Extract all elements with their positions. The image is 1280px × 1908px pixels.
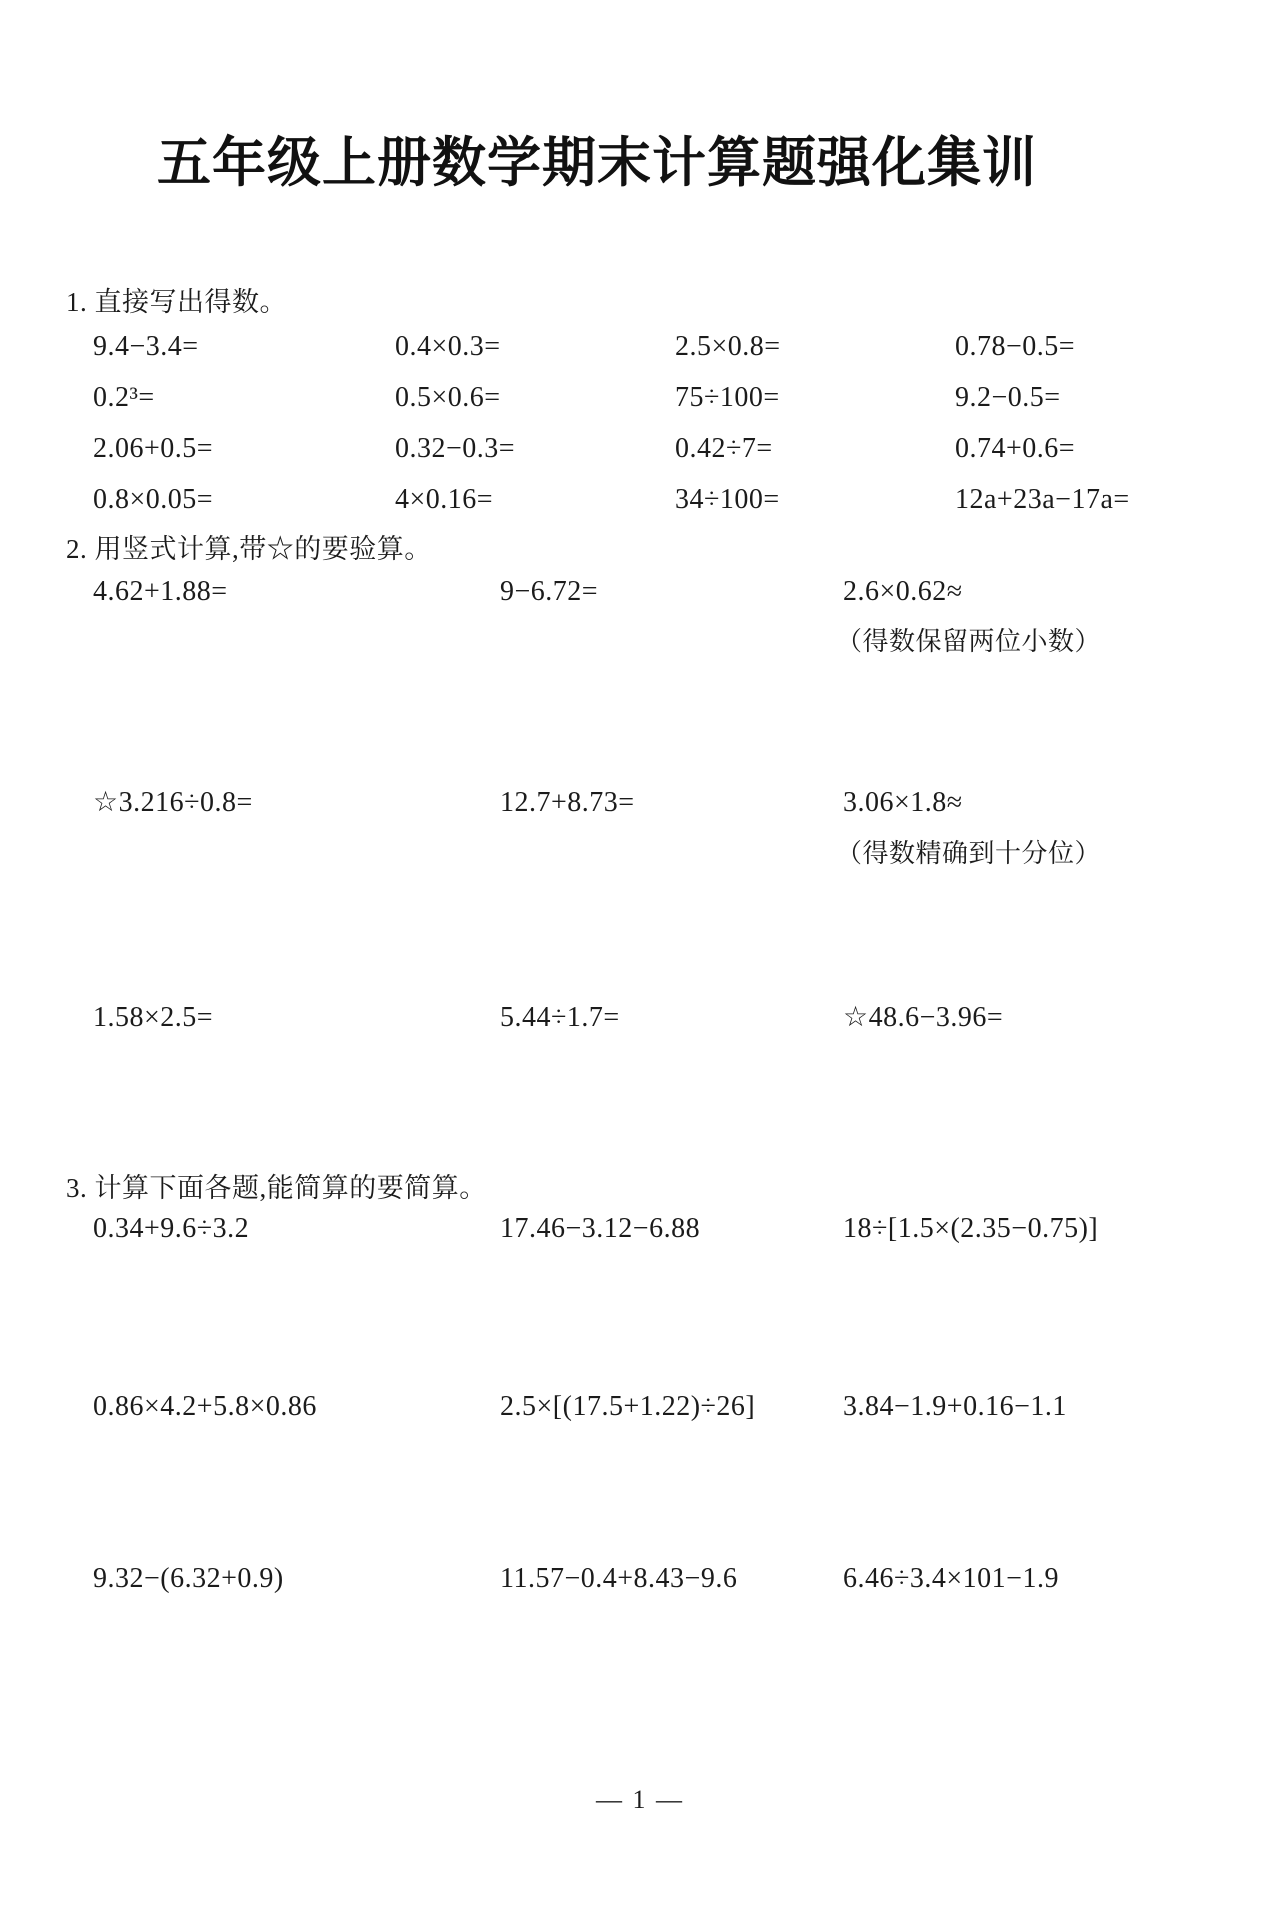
math-problem: 12.7+8.73=: [500, 789, 843, 817]
problem-row: 9.4−3.4= 0.4×0.3= 2.5×0.8= 0.78−0.5=: [93, 333, 1260, 361]
math-problem: 0.42÷7=: [675, 435, 955, 463]
math-problem: 12a+23a−17a=: [955, 486, 1260, 514]
math-problem: 0.86×4.2+5.8×0.86: [93, 1393, 500, 1421]
math-problem: 11.57−0.4+8.43−9.6: [500, 1565, 843, 1593]
problem-row: 0.8×0.05= 4×0.16= 34÷100= 12a+23a−17a=: [93, 486, 1260, 514]
section-3-heading: 3. 计算下面各题,能简算的要简算。: [66, 1166, 487, 1205]
math-problem: 0.74+0.6=: [955, 435, 1260, 463]
math-problem: 6.46÷3.4×101−1.9: [843, 1565, 1260, 1593]
rounding-note: （得数保留两位小数）: [836, 621, 1101, 658]
math-problem: 2.5×0.8=: [675, 333, 955, 361]
math-problem: 17.46−3.12−6.88: [500, 1215, 843, 1243]
math-problem: 5.44÷1.7=: [500, 1004, 843, 1032]
problem-row: 4.62+1.88= 9−6.72= 2.6×0.62≈: [93, 578, 1260, 606]
math-problem: 0.4×0.3=: [395, 333, 675, 361]
math-problem: 9.4−3.4=: [93, 333, 395, 361]
problem-row: 0.34+9.6÷3.2 17.46−3.12−6.88 18÷[1.5×(2.…: [93, 1215, 1260, 1243]
problem-row: 2.06+0.5= 0.32−0.3= 0.42÷7= 0.74+0.6=: [93, 435, 1260, 463]
math-problem: 2.5×[(17.5+1.22)÷26]: [500, 1393, 843, 1421]
math-problem: 34÷100=: [675, 486, 955, 514]
math-problem: 75÷100=: [675, 384, 955, 412]
page-title: 五年级上册数学期末计算题强化集训: [0, 120, 1194, 197]
rounding-note: （得数精确到十分位）: [836, 833, 1101, 870]
section-2-heading: 2. 用竖式计算,带☆的要验算。: [66, 527, 432, 566]
math-problem: 3.84−1.9+0.16−1.1: [843, 1393, 1260, 1421]
math-problem: 9.2−0.5=: [955, 384, 1260, 412]
math-problem: 1.58×2.5=: [93, 1004, 500, 1032]
math-problem: ☆48.6−3.96=: [843, 1004, 1260, 1032]
math-problem: 0.32−0.3=: [395, 435, 675, 463]
math-problem: 9.32−(6.32+0.9): [93, 1565, 500, 1593]
math-problem: 3.06×1.8≈: [843, 789, 1260, 817]
math-problem: ☆3.216÷0.8=: [93, 789, 500, 817]
problem-row: 9.32−(6.32+0.9) 11.57−0.4+8.43−9.6 6.46÷…: [93, 1565, 1260, 1593]
problem-row: 1.58×2.5= 5.44÷1.7= ☆48.6−3.96=: [93, 1004, 1260, 1032]
math-problem: 0.8×0.05=: [93, 486, 395, 514]
math-problem: 0.5×0.6=: [395, 384, 675, 412]
math-problem: 0.78−0.5=: [955, 333, 1260, 361]
math-problem: 0.2³=: [93, 384, 395, 412]
math-problem: 4×0.16=: [395, 486, 675, 514]
math-problem: 2.6×0.62≈: [843, 578, 1260, 606]
worksheet-page: 五年级上册数学期末计算题强化集训 1. 直接写出得数。 9.4−3.4= 0.4…: [0, 0, 1280, 1908]
math-problem: 0.34+9.6÷3.2: [93, 1215, 500, 1243]
section-1-heading: 1. 直接写出得数。: [66, 280, 287, 319]
problem-row: ☆3.216÷0.8= 12.7+8.73= 3.06×1.8≈: [93, 789, 1260, 817]
problem-row: 0.2³= 0.5×0.6= 75÷100= 9.2−0.5=: [93, 384, 1260, 412]
math-problem: 2.06+0.5=: [93, 435, 395, 463]
math-problem: 4.62+1.88=: [93, 578, 500, 606]
problem-row: 0.86×4.2+5.8×0.86 2.5×[(17.5+1.22)÷26] 3…: [93, 1393, 1260, 1421]
page-number: — 1 —: [0, 1785, 1280, 1815]
math-problem: 18÷[1.5×(2.35−0.75)]: [843, 1215, 1260, 1243]
math-problem: 9−6.72=: [500, 578, 843, 606]
